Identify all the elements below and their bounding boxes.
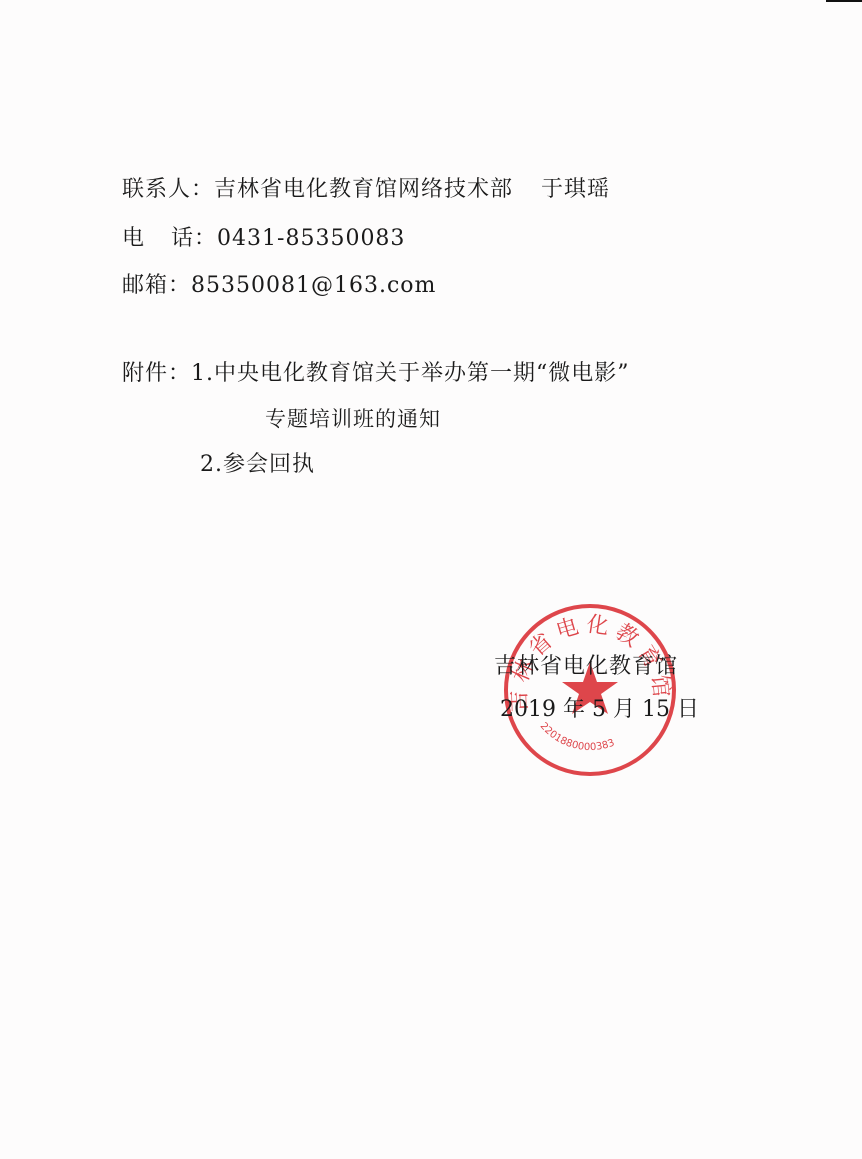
phone-line: 电话：0431-85350083 xyxy=(122,221,405,252)
attachment-title: 中央电化教育馆关于举办第一期“微电影” xyxy=(214,361,630,386)
signature-organization: 吉林省电化教育馆 xyxy=(494,649,678,680)
attachment-number: 1. xyxy=(191,361,214,386)
contact-person-label: 联系人： xyxy=(122,177,214,202)
attachment-title: 参会回执 xyxy=(223,452,315,477)
contact-person-line: 联系人：吉林省电化教育馆网络技术部于琪瑶 xyxy=(122,172,610,203)
contact-name: 于琪瑶 xyxy=(541,177,610,202)
scan-edge-mark xyxy=(826,0,862,2)
email-label: 邮箱： xyxy=(122,273,191,298)
attachment-item-2: 2.参会回执 xyxy=(200,447,315,478)
email-line: 邮箱：85350081@163.com xyxy=(122,268,436,299)
contact-department: 吉林省电化教育馆网络技术部 xyxy=(214,177,513,202)
signature-date: 2019 年 5 月 15 日 xyxy=(500,692,699,723)
attachment-item-1: 附件：1.中央电化教育馆关于举办第一期“微电影” xyxy=(122,356,630,387)
svg-text:2201880000383: 2201880000383 xyxy=(538,721,616,753)
email-address: 85350081@163.com xyxy=(191,273,436,298)
phone-label-part1: 电 xyxy=(122,226,145,251)
attachments-label: 附件： xyxy=(122,361,191,386)
phone-label-part2: 话： xyxy=(171,226,217,251)
attachment-item-1-continuation: 专题培训班的通知 xyxy=(265,403,441,433)
attachment-number: 2. xyxy=(200,452,223,477)
phone-number: 0431-85350083 xyxy=(217,226,405,251)
official-seal-icon: 吉林省电化教育馆 2201880000383 xyxy=(500,600,680,780)
